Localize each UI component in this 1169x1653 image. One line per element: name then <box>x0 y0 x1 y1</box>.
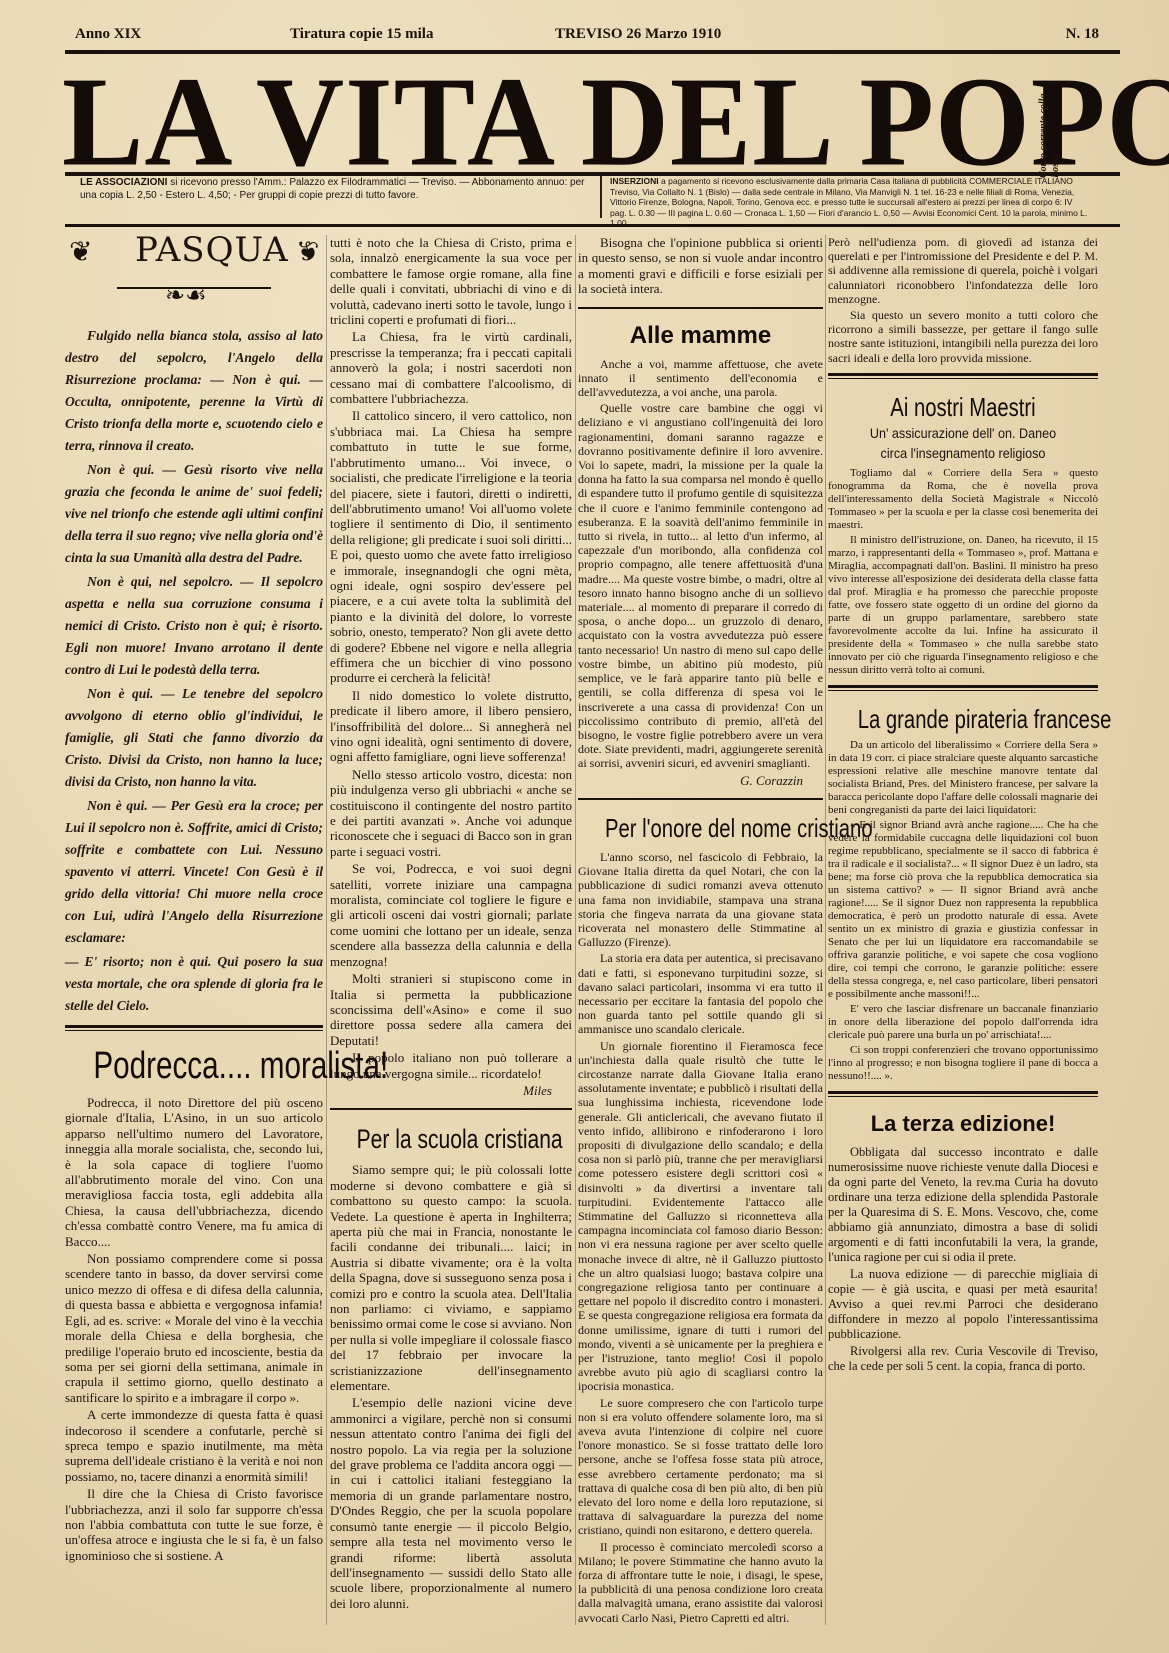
column-1: ❦ PASQUA ❦ ❧☙ Fulgido nella bianca stola… <box>65 235 323 1565</box>
paragraph: La storia era data per autentica, si pre… <box>578 951 823 1036</box>
section-rule <box>65 1025 323 1031</box>
issue-number: N. 18 <box>1066 26 1099 43</box>
paragraph: Nello stesso articolo vostro, dicesta: n… <box>330 767 572 859</box>
paragraph: Anche a voi, mamme affettuose, che avete… <box>578 357 823 400</box>
paragraph: Rivolgersi alla rev. Curia Vescovile di … <box>828 1344 1098 1374</box>
subscriptions-label: LE ASSOCIAZIONI <box>80 177 167 188</box>
ads-text: a pagamento si ricevono esclusivamente d… <box>610 176 1087 228</box>
paragraph: La nuova edizione — di parecchie migliai… <box>828 1267 1098 1342</box>
terza-body: Obbligata dal successo incontrato e dall… <box>828 1145 1098 1374</box>
section-rule <box>330 1108 572 1110</box>
article-title: Per la scuola cristiana <box>357 1122 546 1156</box>
paragraph: Un giornale fiorentino il Fieramosca fec… <box>578 1039 823 1394</box>
circulation: Tiratura copie 15 mila <box>290 26 433 43</box>
paragraph: Se voi, Podrecca, e voi suoi degni satel… <box>330 861 572 969</box>
header-divider <box>600 176 602 218</box>
paragraph: Le suore compresero che con l'articolo t… <box>578 1396 823 1538</box>
volume-year: Anno XIX <box>75 26 141 43</box>
section-rule <box>828 685 1098 691</box>
paragraph: Sia questo un severo monito a tutti colo… <box>828 308 1098 365</box>
paragraph: Però nell'udienza pom. di giovedì ad ist… <box>828 235 1098 306</box>
paragraph: Obbligata dal successo incontrato e dall… <box>828 1145 1098 1265</box>
paragraph: E' vero che lasciar disfrenare un baccan… <box>828 1003 1098 1042</box>
column-3: Bisogna che l'opinione pubblica si orien… <box>578 235 823 1627</box>
paragraph: Quelle vostre care bambine che oggi vi d… <box>578 401 823 770</box>
paragraph: Non è qui. — Le tenebre del sepolcro avv… <box>65 683 323 793</box>
podrecca-body: Podrecca, il noto Direttore del più osce… <box>65 1095 323 1563</box>
article-title: Per l'onore del nome cristiano <box>605 812 796 844</box>
paragraph: Il processo è cominciato mercoledì scors… <box>578 1540 823 1625</box>
paragraph: Non è qui. — Per Gesù era la croce; per … <box>65 795 323 949</box>
leaf-ornament-icon: ❧☙ <box>165 289 207 304</box>
article-subtitle: Un' assicurazione dell' on. Daneo <box>842 423 1085 443</box>
paragraph: Il popolo italiano non può tollerare a l… <box>330 1050 572 1081</box>
paragraph: Il nido domestico lo volete distrutto, p… <box>330 688 572 765</box>
article-title: Ai nostri Maestri <box>858 391 1069 423</box>
paragraph: tutti è noto che la Chiesa di Cristo, pr… <box>330 235 572 327</box>
pasqua-header: ❦ PASQUA ❦ ❧☙ <box>65 235 323 325</box>
paragraph: Podrecca, il noto Direttore del più osce… <box>65 1095 323 1249</box>
article-title: Alle mamme <box>578 321 823 351</box>
article-title: PASQUA <box>135 243 289 258</box>
leaf-ornament-icon: ❦ <box>69 245 92 260</box>
paragraph: Siamo sempre qui; le più colossali lotte… <box>330 1162 572 1393</box>
place-date: TREVISO 26 Marzo 1910 <box>555 26 721 43</box>
paragraph: L'anno scorso, nel fascicolo di Febbraio… <box>578 850 823 949</box>
leaf-ornament-icon: ❦ <box>296 245 319 260</box>
newspaper-page: Anno XIX Tiratura copie 15 mila TREVISO … <box>0 0 1169 1653</box>
scuola-body: Siamo sempre qui; le più colossali lotte… <box>330 1162 572 1611</box>
paragraph: Da un articolo del liberalissimo « Corri… <box>828 739 1098 817</box>
article-subtitle: circa l'insegnamento religioso <box>842 443 1085 463</box>
paragraph: Il dire che la Chiesa di Cristo favorisc… <box>65 1486 323 1563</box>
ads-label: INSERZIONI <box>610 176 659 186</box>
section-rule <box>828 373 1098 379</box>
paragraph: L'esempio delle nazioni vicine deve ammo… <box>330 1395 572 1611</box>
paragraph: Non è qui, nel sepolcro. — Il sepolcro a… <box>65 571 323 681</box>
dateline: Anno XIX Tiratura copie 15 mila TREVISO … <box>70 20 1109 48</box>
article-title: La grande pirateria francese <box>858 703 1069 735</box>
signature: Miles <box>330 1083 572 1098</box>
column-4: Però nell'udienza pom. di giovedì ad ist… <box>828 235 1098 1376</box>
article-title: Podrecca.... moralista! <box>93 1043 294 1089</box>
paragraph: — E' risorto; non è qui. Qui posero la s… <box>65 951 323 1017</box>
paragraph: Il cattolico sincero, il vero cattolico,… <box>330 408 572 685</box>
onore-body: L'anno scorso, nel fascicolo di Febbraio… <box>578 850 823 1625</box>
paragraph: Bisogna che l'opinione pubblica si orien… <box>578 235 823 297</box>
paragraph: Il ministro dell'istruzione, on. Daneo, … <box>828 534 1098 677</box>
header-bottom-rule <box>65 224 1120 227</box>
ads-box: INSERZIONI a pagamento si ricevono esclu… <box>610 176 1090 229</box>
section-rule <box>578 798 823 800</box>
paragraph: Fulgido nella bianca stola, assiso al la… <box>65 325 323 457</box>
paragraph: A certe immondezze di questa fatta è qua… <box>65 1407 323 1484</box>
column-separator <box>825 235 826 1625</box>
article-title: La terza edizione! <box>828 1109 1098 1139</box>
masthead-title: LA VITA DEL POPOLO <box>62 70 1027 175</box>
paragraph: « E il signor Briand avrà anche ragione.… <box>828 819 1098 1001</box>
section-rule <box>578 307 823 309</box>
column-separator <box>575 235 576 1625</box>
subscriptions-box: LE ASSOCIAZIONI si ricevono presso l'Amm… <box>80 176 600 202</box>
pasqua-body: Fulgido nella bianca stola, assiso al la… <box>65 325 323 1017</box>
paragraph: Ci son troppi conferenzieri che trovano … <box>828 1044 1098 1083</box>
mamme-body: Anche a voi, mamme affettuose, che avete… <box>578 357 823 771</box>
paragraph: La Chiesa, fra le virtù cardinali, presc… <box>330 329 572 406</box>
signature: G. Corazzin <box>578 773 823 788</box>
column-separator <box>326 235 327 1625</box>
pirateria-body: Da un articolo del liberalissimo « Corri… <box>828 739 1098 1083</box>
maestri-body: Togliamo dal « Corriere della Sera » que… <box>828 467 1098 677</box>
section-rule <box>828 1091 1098 1097</box>
paragraph: Non possiamo comprendere come si possa s… <box>65 1251 323 1405</box>
paragraph: Molti stranieri si stupiscono come in It… <box>330 971 572 1048</box>
column-2: tutti è noto che la Chiesa di Cristo, pr… <box>330 235 572 1613</box>
paragraph: Togliamo dal « Corriere della Sera » que… <box>828 467 1098 532</box>
postal-note: Conto corrente colla Posta <box>1038 78 1068 178</box>
paragraph: Non è qui. — Gesù risorto vive nella gra… <box>65 459 323 569</box>
